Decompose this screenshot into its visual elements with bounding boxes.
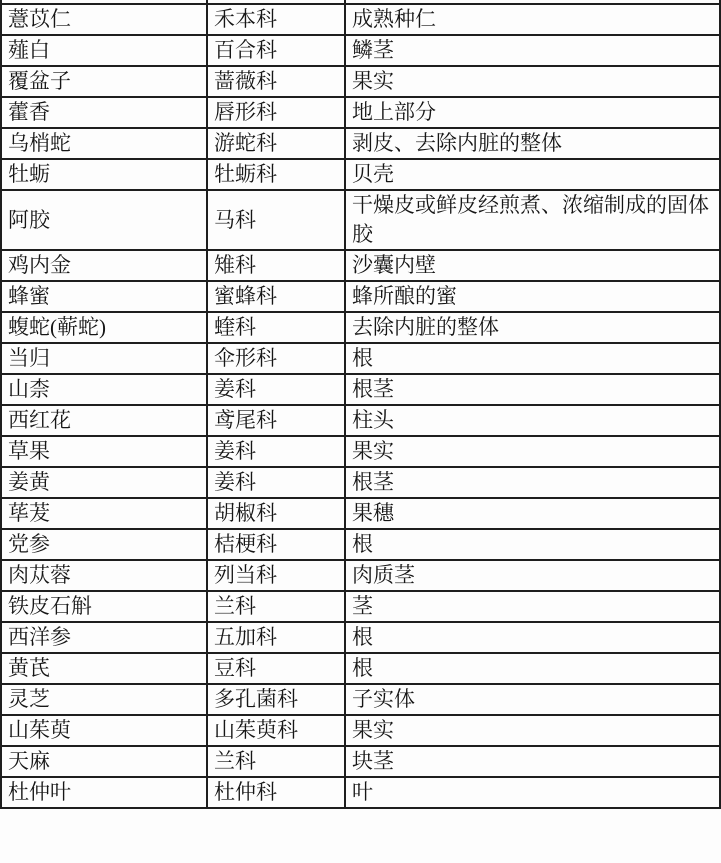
cell-name: 党参 bbox=[1, 529, 207, 560]
table-row: 肉苁蓉列当科肉质茎 bbox=[1, 560, 720, 591]
cell-part: 根 bbox=[345, 529, 720, 560]
cell-part: 叶 bbox=[345, 777, 720, 808]
table-row: 鸡内金雉科沙囊内壁 bbox=[1, 250, 720, 281]
table-row: 薏苡仁禾本科成熟种仁 bbox=[1, 4, 720, 35]
cell-family: 蝰科 bbox=[207, 312, 345, 343]
table-row: 杜仲叶杜仲科叶 bbox=[1, 777, 720, 808]
cell-family: 兰科 bbox=[207, 591, 345, 622]
cell-name: 天麻 bbox=[1, 746, 207, 777]
table-row: 党参桔梗科根 bbox=[1, 529, 720, 560]
table-row: 天麻兰科块茎 bbox=[1, 746, 720, 777]
cell-part: 子实体 bbox=[345, 684, 720, 715]
table-row: 乌梢蛇游蛇科剥皮、去除内脏的整体 bbox=[1, 128, 720, 159]
cell-family: 姜科 bbox=[207, 374, 345, 405]
cell-family: 雉科 bbox=[207, 250, 345, 281]
cell-name: 牡蛎 bbox=[1, 159, 207, 190]
cell-name: 杜仲叶 bbox=[1, 777, 207, 808]
table-row: 黄芪豆科根 bbox=[1, 653, 720, 684]
cell-part: 根茎 bbox=[345, 374, 720, 405]
cell-family: 唇形科 bbox=[207, 97, 345, 128]
table-row: 灵芝多孔菌科子实体 bbox=[1, 684, 720, 715]
table-row: 藿香唇形科地上部分 bbox=[1, 97, 720, 128]
cell-name: 当归 bbox=[1, 343, 207, 374]
cell-family: 杜仲科 bbox=[207, 777, 345, 808]
table-row: 蜂蜜蜜蜂科蜂所酿的蜜 bbox=[1, 281, 720, 312]
table-row: 当归伞形科根 bbox=[1, 343, 720, 374]
cell-name: 黄芪 bbox=[1, 653, 207, 684]
cell-name: 覆盆子 bbox=[1, 66, 207, 97]
cell-name: 灵芝 bbox=[1, 684, 207, 715]
cell-part: 去除内脏的整体 bbox=[345, 312, 720, 343]
cell-family: 伞形科 bbox=[207, 343, 345, 374]
cell-name: 蝮蛇(蕲蛇) bbox=[1, 312, 207, 343]
cell-name: 山柰 bbox=[1, 374, 207, 405]
cell-name: 肉苁蓉 bbox=[1, 560, 207, 591]
cell-family: 牡蛎科 bbox=[207, 159, 345, 190]
document-page: 薏苡仁禾本科成熟种仁薤白百合科鳞茎覆盆子蔷薇科果实藿香唇形科地上部分乌梢蛇游蛇科… bbox=[0, 0, 721, 863]
cell-part: 成熟种仁 bbox=[345, 4, 720, 35]
cell-name: 薤白 bbox=[1, 35, 207, 66]
cell-name: 西红花 bbox=[1, 405, 207, 436]
cell-family: 兰科 bbox=[207, 746, 345, 777]
cell-part: 地上部分 bbox=[345, 97, 720, 128]
table-body: 薏苡仁禾本科成熟种仁薤白百合科鳞茎覆盆子蔷薇科果实藿香唇形科地上部分乌梢蛇游蛇科… bbox=[1, 0, 720, 808]
cell-family: 桔梗科 bbox=[207, 529, 345, 560]
table-row: 西红花鸢尾科柱头 bbox=[1, 405, 720, 436]
table-row: 西洋参五加科根 bbox=[1, 622, 720, 653]
cell-part: 肉质茎 bbox=[345, 560, 720, 591]
herb-table: 薏苡仁禾本科成熟种仁薤白百合科鳞茎覆盆子蔷薇科果实藿香唇形科地上部分乌梢蛇游蛇科… bbox=[0, 0, 721, 809]
cell-family: 蜜蜂科 bbox=[207, 281, 345, 312]
cell-name: 阿胶 bbox=[1, 190, 207, 250]
cell-part: 沙囊内壁 bbox=[345, 250, 720, 281]
cell-name: 西洋参 bbox=[1, 622, 207, 653]
cell-family: 列当科 bbox=[207, 560, 345, 591]
cell-name: 藿香 bbox=[1, 97, 207, 128]
cell-name: 山茱萸 bbox=[1, 715, 207, 746]
cell-part: 根 bbox=[345, 653, 720, 684]
cell-name: 乌梢蛇 bbox=[1, 128, 207, 159]
cell-family: 百合科 bbox=[207, 35, 345, 66]
cell-family: 山茱萸科 bbox=[207, 715, 345, 746]
cell-family: 马科 bbox=[207, 190, 345, 250]
table-row: 姜黄姜科根茎 bbox=[1, 467, 720, 498]
cell-part: 根 bbox=[345, 622, 720, 653]
table-row: 覆盆子蔷薇科果实 bbox=[1, 66, 720, 97]
table-row: 山柰姜科根茎 bbox=[1, 374, 720, 405]
cell-part: 块茎 bbox=[345, 746, 720, 777]
cell-name: 鸡内金 bbox=[1, 250, 207, 281]
cell-family: 姜科 bbox=[207, 467, 345, 498]
cell-name: 薏苡仁 bbox=[1, 4, 207, 35]
table-row: 铁皮石斛兰科茎 bbox=[1, 591, 720, 622]
table-row: 山茱萸山茱萸科果实 bbox=[1, 715, 720, 746]
table-row: 草果姜科果实 bbox=[1, 436, 720, 467]
cell-name: 姜黄 bbox=[1, 467, 207, 498]
cell-family: 禾本科 bbox=[207, 4, 345, 35]
cell-family: 多孔菌科 bbox=[207, 684, 345, 715]
cell-part: 剥皮、去除内脏的整体 bbox=[345, 128, 720, 159]
cell-name: 荜茇 bbox=[1, 498, 207, 529]
cell-family: 鸢尾科 bbox=[207, 405, 345, 436]
table-row: 荜茇胡椒科果穗 bbox=[1, 498, 720, 529]
cell-family: 豆科 bbox=[207, 653, 345, 684]
cell-part: 果实 bbox=[345, 66, 720, 97]
table-row: 牡蛎牡蛎科贝壳 bbox=[1, 159, 720, 190]
cell-family: 胡椒科 bbox=[207, 498, 345, 529]
cell-part: 贝壳 bbox=[345, 159, 720, 190]
cell-part: 柱头 bbox=[345, 405, 720, 436]
cell-part: 根茎 bbox=[345, 467, 720, 498]
cell-family: 蔷薇科 bbox=[207, 66, 345, 97]
cell-part: 鳞茎 bbox=[345, 35, 720, 66]
cell-part: 果穗 bbox=[345, 498, 720, 529]
cell-family: 姜科 bbox=[207, 436, 345, 467]
cell-part: 果实 bbox=[345, 715, 720, 746]
table-row: 阿胶马科干燥皮或鲜皮经煎煮、浓缩制成的固体胶 bbox=[1, 190, 720, 250]
cell-name: 草果 bbox=[1, 436, 207, 467]
cell-family: 五加科 bbox=[207, 622, 345, 653]
cell-part: 果实 bbox=[345, 436, 720, 467]
cell-part: 蜂所酿的蜜 bbox=[345, 281, 720, 312]
cell-part: 茎 bbox=[345, 591, 720, 622]
table-row: 蝮蛇(蕲蛇)蝰科去除内脏的整体 bbox=[1, 312, 720, 343]
cell-part: 根 bbox=[345, 343, 720, 374]
cell-part: 干燥皮或鲜皮经煎煮、浓缩制成的固体胶 bbox=[345, 190, 720, 250]
cell-family: 游蛇科 bbox=[207, 128, 345, 159]
cell-name: 蜂蜜 bbox=[1, 281, 207, 312]
table-row: 薤白百合科鳞茎 bbox=[1, 35, 720, 66]
cell-name: 铁皮石斛 bbox=[1, 591, 207, 622]
